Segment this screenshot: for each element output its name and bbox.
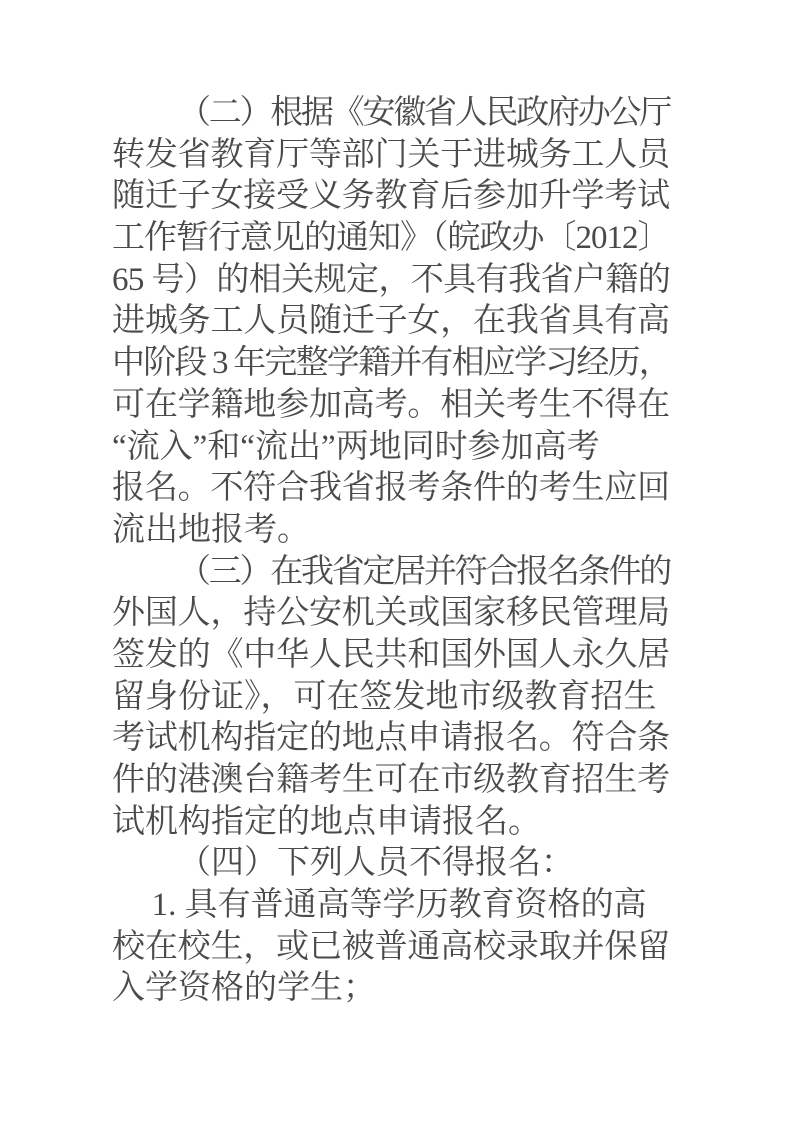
text-line: 中阶段 3 年完整学籍并有相应学习经历， [112,343,670,385]
text-line: 流出地报考。 [112,510,670,552]
text-line: 留身份证》，可在签发地市级教育招生 [112,677,670,719]
text-line: “流入”和“流出”两地同时参加高考 [112,427,670,469]
text-line: 1. 具有普通高等学历教育资格的高 [112,885,670,927]
document-page: （二）根据《安徽省人民政府办公厅转发省教育厅等部门关于进城务工人员随迁子女接受义… [0,0,793,1122]
text-line: 试机构指定的地点申请报名。 [112,802,670,844]
text-line: 可在学籍地参加高考。相关考生不得在 [112,385,670,427]
text-line: 入学资格的学生； [112,968,670,1010]
text-line: 件的港澳台籍考生可在市级教育招生考 [112,760,670,802]
text-line: 考试机构指定的地点申请报名。符合条 [112,718,670,760]
text-line: 随迁子女接受义务教育后参加升学考试 [112,176,670,218]
text-line: 报名。不符合我省报考条件的考生应回 [112,468,670,510]
text-line: （四）下列人员不得报名： [112,843,670,885]
text-line: （三）在我省定居并符合报名条件的 [112,552,670,594]
text-line: （二）根据《安徽省人民政府办公厅 [112,93,670,135]
text-line: 65 号）的相关规定，不具有我省户籍的 [112,260,670,302]
text-line: 校在校生，或已被普通高校录取并保留 [112,927,670,969]
text-line: 工作暂行意见的通知》（皖政办〔2012〕 [112,218,670,260]
text-block: （二）根据《安徽省人民政府办公厅转发省教育厅等部门关于进城务工人员随迁子女接受义… [112,93,670,1010]
text-line: 进城务工人员随迁子女，在我省具有高 [112,301,670,343]
text-line: 转发省教育厅等部门关于进城务工人员 [112,135,670,177]
text-line: 外国人，持公安机关或国家移民管理局 [112,593,670,635]
text-line: 签发的《中华人民共和国外国人永久居 [112,635,670,677]
